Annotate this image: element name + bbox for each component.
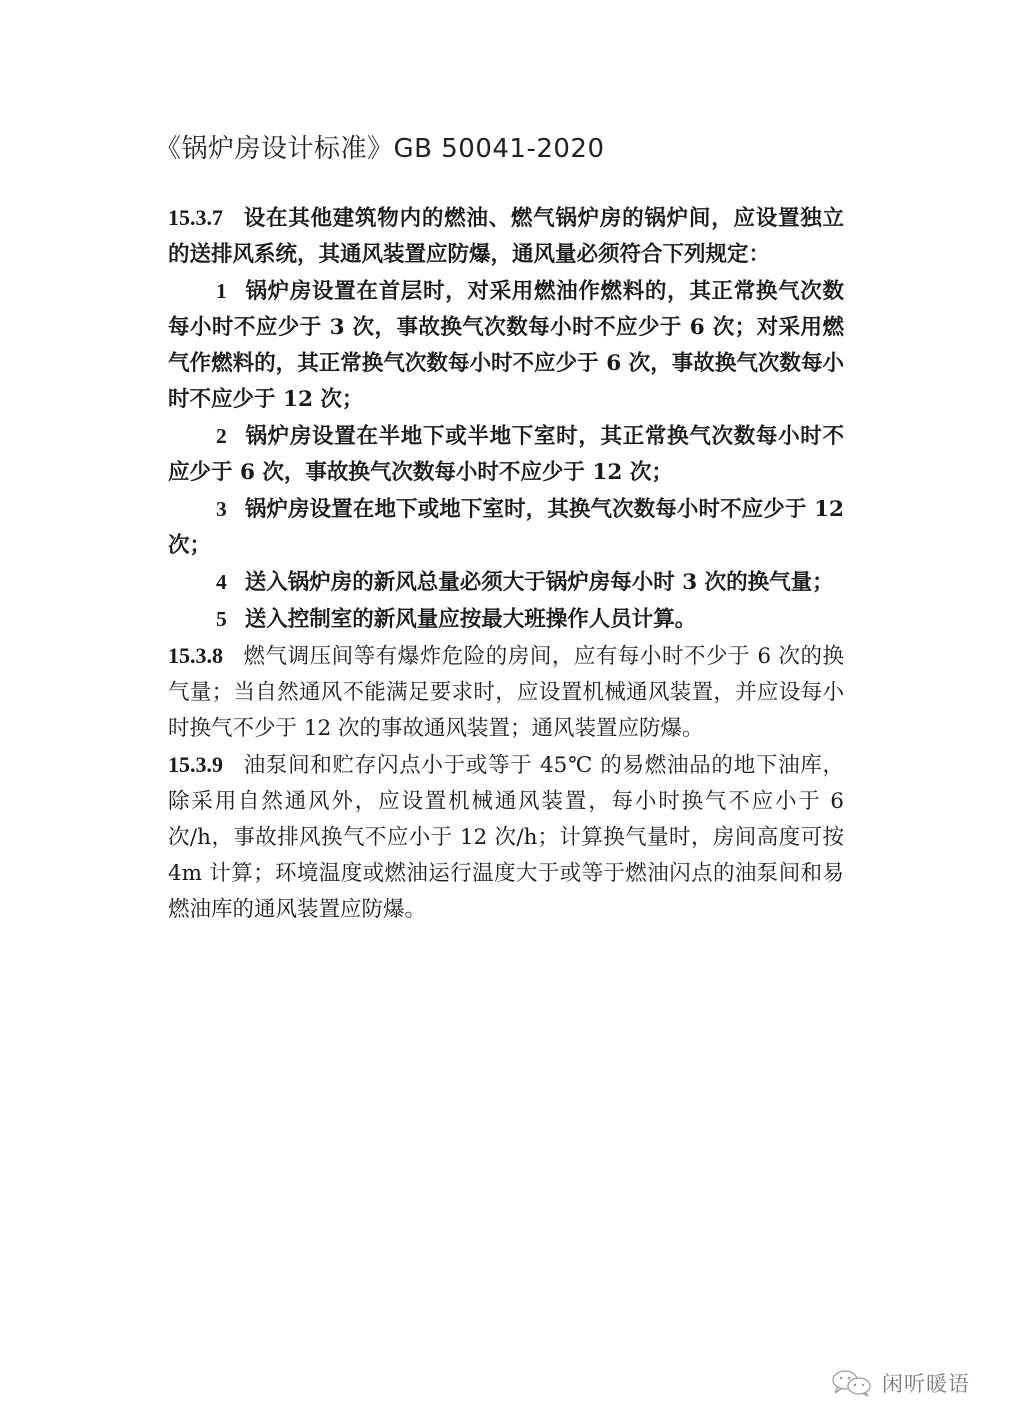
watermark: 闲听暖语	[830, 1368, 970, 1398]
item-text: 锅炉房设置在半地下或半地下室时，其正常换气次数每小时不应少于 6 次，事故换气次…	[168, 424, 844, 485]
clause-number: 15.3.9	[168, 752, 223, 777]
clause-item-2: 2锅炉房设置在半地下或半地下室时，其正常换气次数每小时不应少于 6 次，事故换气…	[168, 418, 844, 491]
page-title: 《锅炉房设计标准》GB 50041-2020	[155, 128, 605, 165]
clause-text: 燃气调压间等有爆炸危险的房间，应有每小时不少于 6 次的换气量；当自然通风不能满…	[168, 644, 844, 741]
clause-number: 15.3.8	[168, 643, 223, 668]
item-number: 5	[216, 607, 227, 631]
watermark-text: 闲听暖语	[882, 1368, 970, 1398]
item-text: 锅炉房设置在首层时，对采用燃油作燃料的，其正常换气次数每小时不应少于 3 次，事…	[168, 279, 844, 412]
clause-item-5: 5送入控制室的新风量应按最大班操作人员计算。	[168, 601, 844, 638]
item-number: 2	[216, 424, 227, 448]
clause-number: 15.3.7	[168, 205, 223, 230]
clause-item-3: 3锅炉房设置在地下或地下室时，其换气次数每小时不应少于 12 次；	[168, 491, 844, 564]
clause-text: 油泵间和贮存闪点小于或等于 45℃ 的易燃油品的地下油库，除采用自然通风外，应设…	[168, 753, 844, 922]
item-text: 送入控制室的新风量应按最大班操作人员计算。	[245, 607, 697, 632]
wechat-icon	[830, 1369, 874, 1397]
clause-item-1: 1锅炉房设置在首层时，对采用燃油作燃料的，其正常换气次数每小时不应少于 3 次，…	[168, 273, 844, 418]
item-text: 送入锅炉房的新风总量必须大于锅炉房每小时 3 次的换气量；	[245, 570, 834, 595]
item-number: 1	[216, 279, 227, 303]
item-number: 4	[216, 570, 227, 594]
clause-15-3-8: 15.3.8燃气调压间等有爆炸危险的房间，应有每小时不少于 6 次的换气量；当自…	[168, 638, 844, 747]
item-number: 3	[216, 497, 227, 521]
clause-text: 设在其他建筑物内的燃油、燃气锅炉房的锅炉间，应设置独立的送排风系统，其通风装置应…	[168, 206, 844, 267]
clause-15-3-7: 15.3.7设在其他建筑物内的燃油、燃气锅炉房的锅炉间，应设置独立的送排风系统，…	[168, 200, 844, 273]
document-body: 15.3.7设在其他建筑物内的燃油、燃气锅炉房的锅炉间，应设置独立的送排风系统，…	[168, 200, 844, 928]
clause-15-3-9: 15.3.9油泵间和贮存闪点小于或等于 45℃ 的易燃油品的地下油库，除采用自然…	[168, 747, 844, 928]
item-text: 锅炉房设置在地下或地下室时，其换气次数每小时不应少于 12 次；	[168, 497, 844, 558]
clause-item-4: 4送入锅炉房的新风总量必须大于锅炉房每小时 3 次的换气量；	[168, 564, 844, 601]
